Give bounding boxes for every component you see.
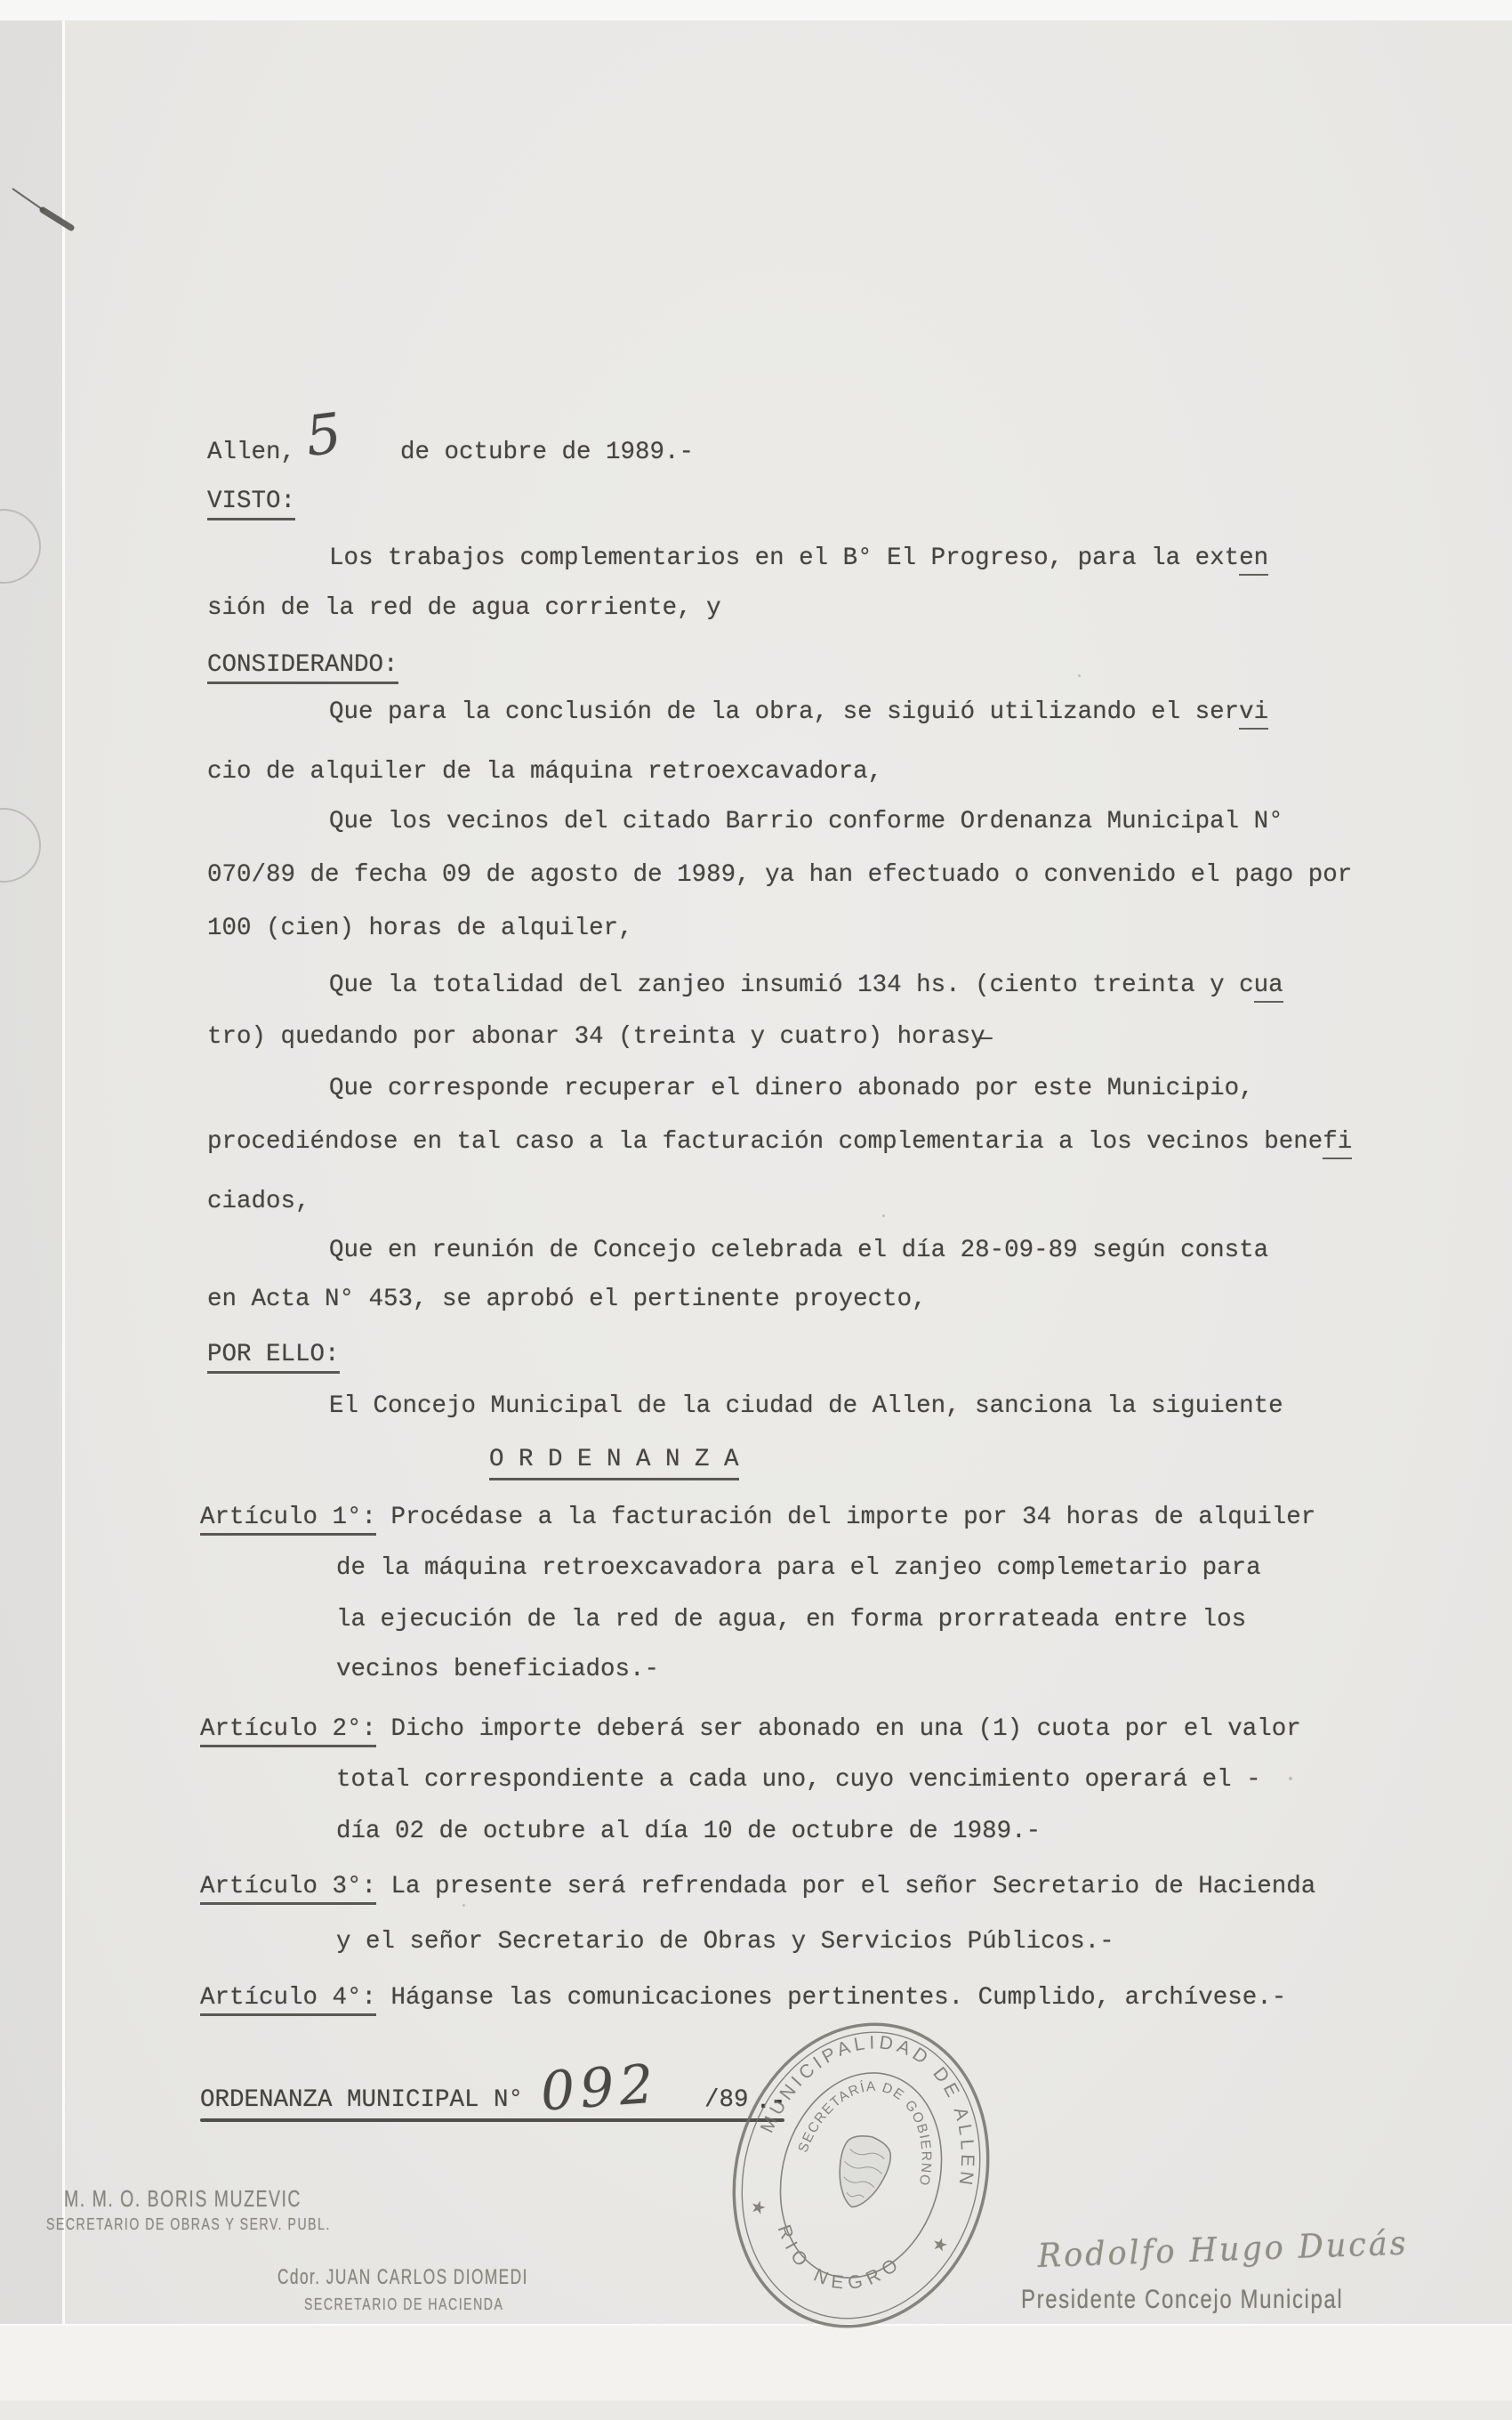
typed-line: ORDENANZA MUNICIPAL N° <box>200 2087 523 2114</box>
typed-text: Artículo 2°: <box>200 1715 376 1747</box>
typed-line: y el señor Secretario de Obras y Servici… <box>336 1929 1114 1956</box>
typed-line: Que corresponde recuperar el dinero abon… <box>329 1076 1254 1102</box>
typed-line: El Concejo Municipal de la ciudad de All… <box>329 1393 1283 1420</box>
typed-line: VISTO: <box>207 488 295 520</box>
typed-line: en Acta N° 453, se aprobó el pertinente … <box>207 1287 927 1313</box>
typed-text: procediéndose en tal caso a la facturaci… <box>207 1128 1323 1156</box>
svg-text:RIO NEGRO: RIO NEGRO <box>761 2218 911 2311</box>
seal-ring-bottom-text: RIO NEGRO <box>761 2218 911 2311</box>
typed-line: Que en reunión de Concejo celebrada el d… <box>329 1238 1268 1264</box>
typed-text: la ejecución de la red de agua, en forma… <box>336 1606 1246 1633</box>
municipal-seal-stamp: MUNICIPALIDAD DE ALLEN RIO NEGRO SECRETA… <box>701 2002 1021 2349</box>
typed-text: Que los vecinos del citado Barrio confor… <box>329 808 1283 835</box>
dust-speck <box>1289 1777 1292 1780</box>
handwritten-day: 5 <box>302 400 345 469</box>
typed-line: Allen, <box>207 440 295 466</box>
typed-text: de octubre de 1989.- <box>400 439 694 466</box>
typed-text: Artículo 3°: <box>200 1873 376 1905</box>
scanner-edge-line <box>62 18 65 2420</box>
typed-text: cio de alquiler de la máquina retroexcav… <box>207 758 882 786</box>
typed-line: CONSIDERANDO: <box>207 652 398 684</box>
typed-line: tro) quedando por abonar 34 (treinta y c… <box>207 1024 985 1051</box>
ordinance-number-underline <box>200 2118 784 2122</box>
scanned-document-page: Allen,de octubre de 1989.-VISTO:Los trab… <box>0 0 1512 2420</box>
typed-text: tro) quedando por abonar 34 (treinta y c… <box>207 1023 985 1051</box>
seal-crest-icon <box>829 2130 896 2214</box>
typed-text: 100 (cien) horas de alquiler, <box>207 915 633 942</box>
typed-line: Que para la conclusión de la obra, se si… <box>329 699 1268 726</box>
scan-top-band <box>0 0 1512 20</box>
typed-text: Que corresponde recuperar el dinero abon… <box>329 1075 1254 1102</box>
secretary-obras-name: M. M. O. BORIS MUZEVIC <box>64 2185 302 2213</box>
typed-text: fi <box>1323 1128 1352 1159</box>
typed-line: día 02 de octubre al día 10 de octubre d… <box>336 1819 1041 1845</box>
typed-line: Que la totalidad del zanjeo insumió 134 … <box>329 972 1283 999</box>
typed-line: 070/89 de fecha 09 de agosto de 1989, ya… <box>207 862 1352 889</box>
typed-text: ciados, <box>207 1188 310 1215</box>
typed-text: Dicho importe deberá ser abonado en una … <box>376 1715 1301 1743</box>
typed-line: sión de la red de agua corriente, y <box>207 595 721 622</box>
typed-text: Que la totalidad del zanjeo insumió 134 … <box>329 972 1254 999</box>
typed-line: la ejecución de la red de agua, en forma… <box>336 1607 1246 1633</box>
typed-text: día 02 de octubre al día 10 de octubre d… <box>336 1818 1041 1845</box>
seal-star-left-icon: ★ <box>748 2197 768 2220</box>
left-edge-shading <box>0 0 62 2420</box>
typed-line: total correspondiente a cada uno, cuyo v… <box>336 1767 1261 1794</box>
typed-text: Que para la conclusión de la obra, se si… <box>329 698 1239 726</box>
typed-text: sión de la red de agua corriente, y <box>207 594 721 622</box>
secretary-obras-title: SECRETARIO DE OBRAS Y SERV. PUBL. <box>46 2215 331 2234</box>
typed-line: Que los vecinos del citado Barrio confor… <box>329 809 1283 835</box>
typed-text: Que en reunión de Concejo celebrada el d… <box>329 1237 1268 1264</box>
typed-text: O R D E N A N Z A <box>489 1446 739 1473</box>
typed-text: Los trabajos complementarios en el B° El… <box>329 544 1239 572</box>
typed-line: 100 (cien) horas de alquiler, <box>207 916 633 942</box>
typed-line: Artículo 2°: Dicho importe deberá ser ab… <box>200 1716 1301 1743</box>
typed-text: El Concejo Municipal de la ciudad de All… <box>329 1392 1283 1420</box>
typed-text: de la máquina retroexcavadora para el za… <box>336 1554 1261 1582</box>
typed-text: en <box>1239 544 1268 576</box>
secretary-hacienda-name: Cdor. JUAN CARLOS DIOMEDI <box>277 2265 528 2290</box>
secretary-hacienda-title: SECRETARIO DE HACIENDA <box>304 2295 503 2314</box>
dust-speck <box>462 1904 465 1907</box>
typed-line: ciados, <box>207 1189 310 1215</box>
typed-line: Artículo 3°: La presente será refrendada… <box>200 1874 1315 1900</box>
typed-line: de octubre de 1989.- <box>400 440 694 466</box>
typed-line: vecinos beneficiados.- <box>336 1657 659 1683</box>
typed-text: VISTO: <box>207 488 295 515</box>
typed-line: POR ELLO: <box>207 1342 340 1374</box>
scan-bottom-edge <box>0 2400 1512 2420</box>
typed-text: CONSIDERANDO: <box>207 651 398 679</box>
seal-star-right-icon: ★ <box>929 2233 950 2256</box>
dust-speck <box>1078 674 1081 677</box>
typed-text: Allen, <box>207 439 295 466</box>
typed-line: Los trabajos complementarios en el B° El… <box>329 545 1268 572</box>
handwritten-ordinance-number: 092 <box>539 2053 661 2123</box>
typed-text: y el señor Secretario de Obras y Servici… <box>336 1928 1114 1956</box>
typed-text: Artículo 1°: <box>200 1504 376 1536</box>
typed-line: Artículo 1°: Procédase a la facturación … <box>200 1504 1315 1531</box>
typed-text: ua <box>1254 972 1283 1003</box>
typed-line: O R D E N A N Z A <box>489 1447 739 1480</box>
typed-text: total correspondiente a cada uno, cuyo v… <box>336 1766 1261 1794</box>
typed-text: vecinos beneficiados.- <box>336 1656 659 1683</box>
typed-text: 070/89 de fecha 09 de agosto de 1989, ya… <box>207 861 1352 889</box>
typed-text: en Acta N° 453, se aprobó el pertinente … <box>207 1286 927 1313</box>
typed-line: de la máquina retroexcavadora para el za… <box>336 1555 1261 1582</box>
typed-line: procediéndose en tal caso a la facturaci… <box>207 1129 1352 1156</box>
typed-line: cio de alquiler de la máquina retroexcav… <box>207 759 882 786</box>
typed-text: La presente será refrendada por el señor… <box>376 1873 1315 1900</box>
president-signature: Rodolfo Hugo Ducás <box>1037 2223 1409 2275</box>
president-title: Presidente Concejo Municipal <box>1021 2285 1343 2315</box>
typed-text: vi <box>1239 698 1268 730</box>
typed-text: Artículo 4°: <box>200 1984 376 2016</box>
dust-speck <box>882 1214 885 1217</box>
pencil-mark <box>0 169 98 249</box>
typed-text: POR ELLO: <box>207 1341 340 1368</box>
typed-text: Procédase a la facturación del importe p… <box>376 1504 1315 1531</box>
typed-text: ORDENANZA MUNICIPAL N° <box>200 2086 523 2114</box>
